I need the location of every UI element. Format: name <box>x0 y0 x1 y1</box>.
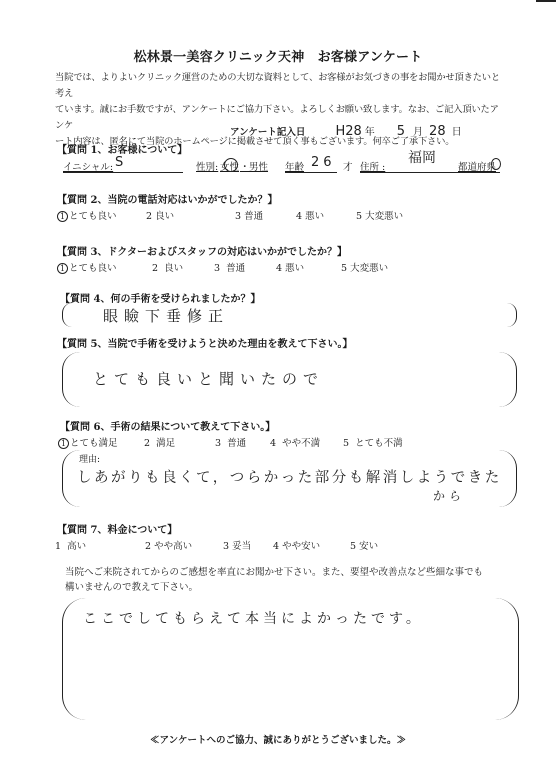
q7-option-3[interactable]: 3 妥当 <box>223 538 251 552</box>
option-label: とても満足 <box>70 438 118 449</box>
q3-option-3[interactable]: 3 普通 <box>214 260 245 274</box>
survey-title: 松林景一美容クリニック天神 お客様アンケート <box>0 46 556 65</box>
initial-underline <box>63 172 183 173</box>
q7-heading: 【質問 7、料金について】 <box>57 521 177 536</box>
q4-answer-box[interactable]: 眼瞼下垂修正 <box>62 303 517 327</box>
option-label: 大変悪い <box>365 211 403 222</box>
day-suffix: 日 <box>452 123 462 138</box>
option-num: 5 <box>356 211 362 222</box>
q2-option-1[interactable]: 1とても良い <box>57 208 117 222</box>
q7-option-1[interactable]: 1 高い <box>55 538 86 552</box>
q3-heading: 【質問 3、ドクターおよびスタッフの対応はいかがでしたか？】 <box>57 243 347 258</box>
intro-line: 当院では、よりよいクリニック運営のための大切な資料として、お客様がお気づきの事を… <box>55 70 505 102</box>
option-label: とても良い <box>69 211 117 222</box>
q3-option-4[interactable]: 4 悪い <box>276 260 304 274</box>
q3-option-1[interactable]: 1とても良い <box>57 260 117 274</box>
q6-option-3[interactable]: 3 普通 <box>215 435 246 449</box>
age-suffix: 才 <box>343 159 353 173</box>
comments-answer-box[interactable]: ここでしてもらえて本当によかったです。 <box>62 598 519 720</box>
q6-reason-label: 理由: <box>79 452 100 465</box>
date-month-field[interactable]: 5 <box>397 124 405 139</box>
option-label: やや不満 <box>282 438 320 449</box>
q3-option-5[interactable]: 5 大変悪い <box>341 260 388 274</box>
q3-options: 1とても良い 2 良い 3 普通 4 悪い 5 大変悪い <box>57 260 517 274</box>
option-label: 妥当 <box>232 541 251 552</box>
age-field[interactable]: 26 <box>311 155 336 170</box>
scan-corner-mark <box>536 0 556 2</box>
option-num: 2 <box>152 263 158 274</box>
q6-option-1[interactable]: 1とても満足 <box>58 435 118 449</box>
comments-prompt: 当院へご来院されてからのご感想を率直にお聞かせ下さい。また、要望や改善点など些細… <box>65 565 525 595</box>
comments-answer-text: ここでしてもらえて本当によかったです。 <box>83 608 424 628</box>
footer-thanks: ≪アンケートへのご協力、誠にありがとうございました。≫ <box>0 732 556 746</box>
q6-heading: 【質問 6、手術の結果について教えて下さい。】 <box>60 418 275 433</box>
age-label: 年齢 <box>285 159 304 173</box>
q6-option-5[interactable]: 5 とても不満 <box>343 435 403 449</box>
gender-option-female[interactable]: 女性 <box>220 159 239 173</box>
option-num: 3 <box>215 438 221 449</box>
q2-option-2[interactable]: 2 良い <box>146 208 174 222</box>
prefecture-selection-circle <box>491 158 501 170</box>
gender-option-male[interactable]: 男性 <box>249 159 268 173</box>
address-label: 住所 : <box>360 159 385 173</box>
option-label: 悪い <box>305 211 324 222</box>
option-num: 3 <box>214 263 220 274</box>
q2-option-3[interactable]: 3 普通 <box>235 208 263 222</box>
option-num: 5 <box>341 263 347 274</box>
q7-option-2[interactable]: 2 やや高い <box>145 538 192 552</box>
selected-circle-icon: 1 <box>57 263 68 274</box>
selected-circle-icon: 1 <box>58 438 69 449</box>
q6-options: 1とても満足 2 満足 3 普通 4 やや不満 5 とても不満 <box>58 435 518 449</box>
gender-label: 性別: <box>196 159 218 173</box>
q6-option-4[interactable]: 4 やや不満 <box>270 435 320 449</box>
option-label: 普通 <box>244 211 263 222</box>
q2-options: 1とても良い 2 良い 3 普通 4 悪い 5 大変悪い <box>57 208 517 222</box>
month-suffix: 月 <box>413 123 423 138</box>
option-label: 満足 <box>156 438 175 449</box>
q2-option-4[interactable]: 4 悪い <box>296 208 324 222</box>
option-label: 良い <box>164 263 183 274</box>
initial-label: イニシャル: <box>63 159 113 173</box>
date-label: アンケート記入日 <box>230 124 305 138</box>
option-label: 良い <box>155 211 174 222</box>
q4-answer-text: 眼瞼下垂修正 <box>103 305 229 326</box>
option-num: 3 <box>223 541 229 552</box>
option-label: 悪い <box>285 263 304 274</box>
selected-circle-icon: 1 <box>57 211 68 222</box>
initial-field[interactable]: S <box>115 155 123 170</box>
q6-reason-text-line2: から <box>433 487 465 504</box>
q1-customer-info: イニシャル: S 性別: 女性 ・ 男性 年齢 26 才 住所 : 福岡 都道府… <box>63 155 553 175</box>
q5-heading: 【質問 5、当院で手術を受けようと決めた理由を教えて下さい。】 <box>57 335 352 350</box>
q2-heading: 【質問 2、当院の電話対応はいかがでしたか？】 <box>57 191 277 206</box>
survey-date-row: アンケート記入日 H28 年 5 月 28 日 <box>230 123 462 139</box>
option-num: 1 <box>55 541 61 552</box>
comments-prompt-line: 構いませんので教えて下さい。 <box>65 580 525 595</box>
option-num: 2 <box>146 211 152 222</box>
option-label: とても良い <box>69 263 117 274</box>
q6-option-2[interactable]: 2 満足 <box>144 435 175 449</box>
q5-answer-box[interactable]: とても良いと聞いたので <box>62 352 517 407</box>
q7-option-4[interactable]: 4 やや安い <box>273 538 320 552</box>
date-day-field[interactable]: 28 <box>429 124 446 139</box>
option-num: 3 <box>235 211 241 222</box>
option-num: 4 <box>270 438 276 449</box>
option-num: 4 <box>276 263 282 274</box>
q7-option-5[interactable]: 5 安い <box>350 538 378 552</box>
option-num: 4 <box>273 541 279 552</box>
address-field[interactable]: 福岡 <box>408 147 436 167</box>
option-label: とても不満 <box>355 438 403 449</box>
q6-reason-text: しあがりも良くて，つらかった部分も解消しようできた <box>77 466 502 487</box>
q1-heading: 【質問 1、お客様について】 <box>57 141 187 156</box>
option-label: 普通 <box>227 438 246 449</box>
option-label: 安い <box>359 541 378 552</box>
q2-option-5[interactable]: 5 大変悪い <box>356 208 403 222</box>
year-suffix: 年 <box>365 123 375 138</box>
age-underline <box>285 172 337 173</box>
option-label: やや安い <box>282 541 320 552</box>
comments-prompt-line: 当院へご来院されてからのご感想を率直にお聞かせ下さい。また、要望や改善点など些細… <box>65 565 525 580</box>
option-num: 5 <box>350 541 356 552</box>
option-label: やや高い <box>154 541 192 552</box>
option-label: 大変悪い <box>350 263 388 274</box>
q5-answer-text: とても良いと聞いたので <box>93 368 324 389</box>
option-num: 2 <box>144 438 150 449</box>
date-era-year-field[interactable]: H28 <box>335 124 361 139</box>
option-num: 2 <box>145 541 151 552</box>
option-label: 普通 <box>226 263 245 274</box>
q6-reason-box[interactable]: 理由: しあがりも良くて，つらかった部分も解消しようできた から <box>62 450 517 507</box>
option-num: 4 <box>296 211 302 222</box>
option-num: 5 <box>343 438 349 449</box>
q3-option-2[interactable]: 2 良い <box>152 260 183 274</box>
option-label: 高い <box>67 541 86 552</box>
selection-circle <box>224 158 238 172</box>
q7-options: 1 高い 2 やや高い 3 妥当 4 やや安い 5 安い <box>55 538 515 552</box>
